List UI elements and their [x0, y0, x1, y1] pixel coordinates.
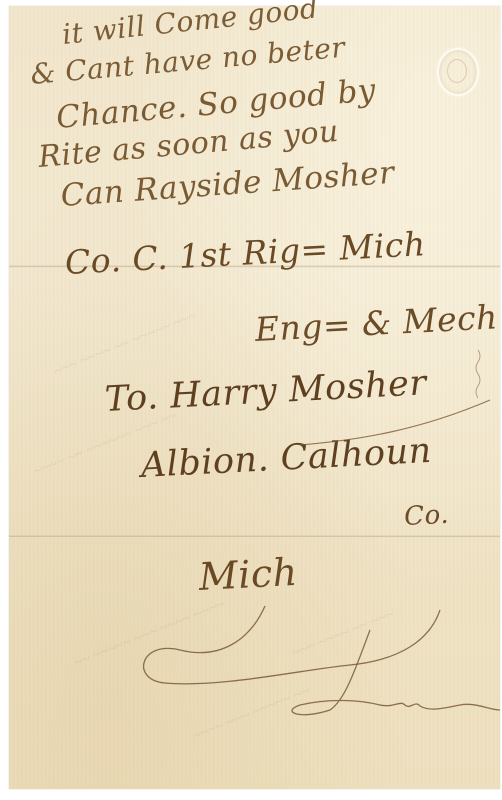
embossed-seal-icon: [437, 48, 479, 96]
address-state: Mich: [198, 550, 299, 599]
bleed-through-texture: ~~~ ~~~~ ~~ ~~~: [290, 606, 397, 662]
bleed-through-texture: ~~~ ~~~~ ~~ ~~~~~ ~~~: [51, 308, 199, 381]
document-scan: ~~~ ~~~~ ~~ ~~~~~ ~~~ ~~~~ ~~ ~~~~~~ ~~~…: [0, 0, 502, 800]
address-county: Co.: [403, 500, 449, 532]
bleed-through-texture: ~~~~ ~~~ ~~~~~ ~~: [190, 683, 312, 746]
bleed-through-texture: ~~ ~~~~~ ~~~ ~~~~ ~~~~: [72, 596, 228, 672]
fold-line-lower: [9, 535, 500, 538]
